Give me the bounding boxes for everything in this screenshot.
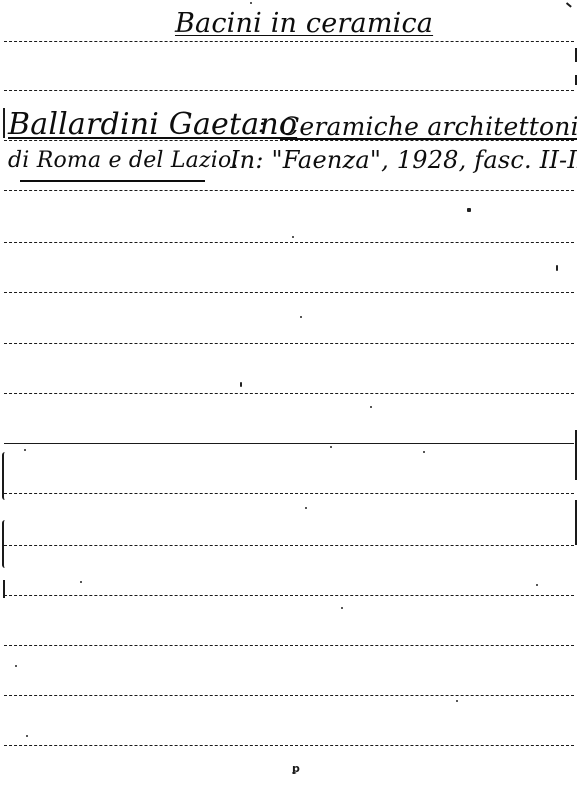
entry-source: In: "Faenza", 1928, fasc. II-III. <box>230 146 577 174</box>
speck <box>467 208 471 212</box>
right-margin-tick <box>575 430 577 480</box>
ruled-line <box>4 292 574 293</box>
right-margin-tick <box>575 75 577 85</box>
speck <box>300 316 302 318</box>
entry-title-part2: di Roma e del Lazio. <box>8 148 238 173</box>
right-margin-tick <box>575 500 577 545</box>
speck <box>15 665 17 667</box>
speck <box>80 581 82 583</box>
speck <box>292 236 294 238</box>
speck <box>456 700 458 702</box>
left-margin-bracket <box>2 452 8 500</box>
left-margin-bracket <box>2 520 8 568</box>
speck <box>26 735 28 737</box>
ruled-line <box>4 41 574 42</box>
catalog-card: Bacini in ceramica Ballardini Gaetano : … <box>0 0 577 800</box>
left-margin-tick <box>3 108 5 138</box>
ruled-line <box>4 745 574 746</box>
speck <box>370 406 372 408</box>
speck <box>556 265 558 271</box>
card-heading: Bacini in ceramica <box>175 8 433 39</box>
speck <box>330 446 332 448</box>
ruled-line <box>4 695 574 696</box>
entry-separator: : <box>258 113 266 138</box>
speck <box>341 607 343 609</box>
ruled-line <box>4 343 574 344</box>
stamp-mark: ꝑ <box>292 762 300 775</box>
entry-in-label: In: <box>230 146 264 174</box>
speck <box>305 507 307 509</box>
ruled-line <box>4 90 574 91</box>
ruled-line <box>4 443 574 444</box>
entry-source-text: "Faenza", 1928, fasc. II-III. <box>271 146 577 174</box>
left-margin-tick <box>3 580 5 598</box>
ruled-line <box>4 545 574 546</box>
speck <box>423 451 425 453</box>
author-underline <box>20 180 205 182</box>
speck <box>536 584 538 586</box>
speck <box>250 2 252 4</box>
corner-mark <box>566 2 572 7</box>
ruled-line <box>4 190 574 191</box>
speck <box>240 382 242 387</box>
right-margin-tick <box>575 48 577 62</box>
ruled-line <box>4 242 574 243</box>
entry-author: Ballardini Gaetano <box>8 107 297 142</box>
ruled-line <box>4 493 574 494</box>
ruled-line <box>4 393 574 394</box>
entry-title-part1: Ceramiche architettoniche <box>280 112 577 141</box>
ruled-line <box>4 645 574 646</box>
ruled-line <box>4 595 574 596</box>
speck <box>24 449 26 451</box>
